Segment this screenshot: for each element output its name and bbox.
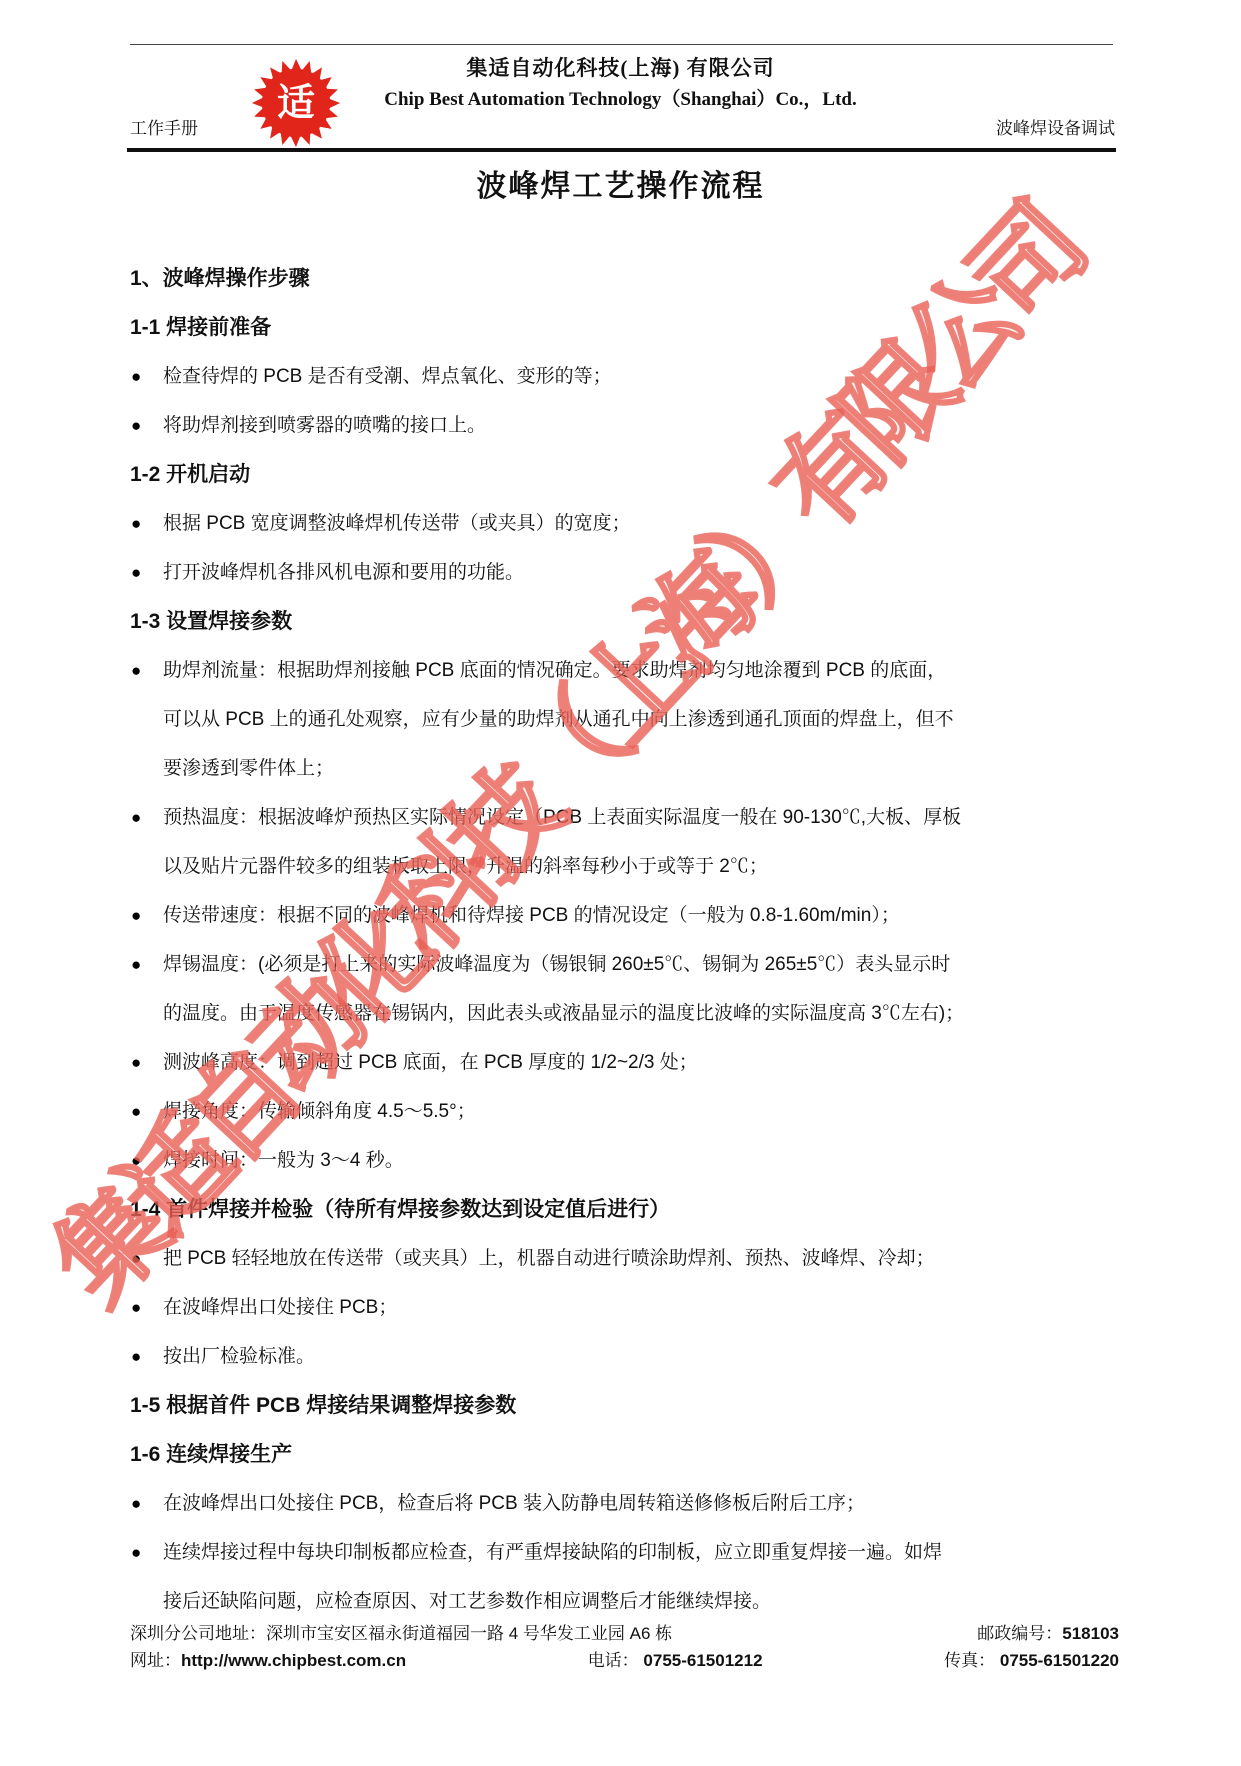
list-item: ● 传送带速度：根据不同的波峰焊机和待焊接 PCB 的情况设定（一般为 0.8-… xyxy=(130,891,1120,940)
list-item-continuation: 接后还缺陷问题，应检查原因、对工艺参数作相应调整后才能继续焊接。 xyxy=(130,1577,1120,1626)
bullet-icon: ● xyxy=(131,1479,141,1528)
website-value: http://www.chipbest.com.cn xyxy=(181,1651,406,1670)
bullet-icon: ● xyxy=(131,499,141,548)
list-item: ● 助焊剂流量：根据助焊剂接触 PCB 底面的情况确定。要求助焊剂均匀地涂覆到 … xyxy=(130,646,1120,695)
list-item-continuation: 可以从 PCB 上的通孔处观察，应有少量的助焊剂从通孔中向上渗透到通孔顶面的焊盘… xyxy=(130,695,1120,744)
list-item-text: 预热温度：根据波峰炉预热区实际情况设定（PCB 上表面实际温度一般在 90-13… xyxy=(163,807,961,828)
section-heading: 1、波峰焊操作步骤 xyxy=(130,254,1120,303)
document-body: 1、波峰焊操作步骤 1-1 焊接前准备 ● 检查待焊的 PCB 是否有受潮、焊点… xyxy=(130,254,1120,1626)
footer-phone: 电话： 0755-61501212 xyxy=(588,1647,763,1674)
list-item: ● 预热温度：根据波峰炉预热区实际情况设定（PCB 上表面实际温度一般在 90-… xyxy=(130,793,1120,842)
list-item: ● 测波峰高度：调到超过 PCB 底面，在 PCB 厚度的 1/2~2/3 处； xyxy=(130,1038,1120,1087)
document-page: 适 集适自动化科技(上海) 有限公司 Chip Best Automation … xyxy=(0,0,1241,1766)
list-item-text: 打开波峰焊机各排风机电源和要用的功能。 xyxy=(163,562,524,583)
bullet-icon: ● xyxy=(131,1136,141,1185)
bullet-icon: ● xyxy=(131,1332,141,1381)
bullet-icon: ● xyxy=(131,1528,141,1577)
list-item-continuation: 以及贴片元器件较多的组装板取上限，升温的斜率每秒小于或等于 2℃； xyxy=(130,842,1120,891)
list-item: ● 焊锡温度：(必须是打上来的实际波峰温度为（锡银铜 260±5℃、锡铜为 26… xyxy=(130,940,1120,989)
list-item-text: 根据 PCB 宽度调整波峰焊机传送带（或夹具）的宽度； xyxy=(163,513,631,534)
bullet-icon: ● xyxy=(131,1283,141,1332)
list-item: ● 打开波峰焊机各排风机电源和要用的功能。 xyxy=(130,548,1120,597)
page-title: 波峰焊工艺操作流程 xyxy=(0,161,1241,205)
footer-row-address: 深圳分公司地址：深圳市宝安区福永街道福园一路 4 号华发工业园 A6 栋 邮政编… xyxy=(130,1620,1119,1647)
list-item-text: 焊锡温度：(必须是打上来的实际波峰温度为（锡银铜 260±5℃、锡铜为 265±… xyxy=(163,954,950,975)
phone-label: 电话： xyxy=(588,1651,639,1670)
list-item-text: 在波峰焊出口处接住 PCB，检查后将 PCB 装入防静电周转箱送修修板后附后工序… xyxy=(163,1493,865,1514)
bullet-icon: ● xyxy=(131,548,141,597)
list-item: ● 根据 PCB 宽度调整波峰焊机传送带（或夹具）的宽度； xyxy=(130,499,1120,548)
bullet-icon: ● xyxy=(131,1234,141,1283)
header-top-divider xyxy=(130,44,1113,45)
footer-fax: 传真： 0755-61501220 xyxy=(944,1647,1119,1674)
address-label: 深圳分公司地址： xyxy=(130,1624,266,1643)
subsection-heading: 1-3 设置焊接参数 xyxy=(130,597,1120,646)
list-item-text: 焊接时间：一般为 3～4 秒。 xyxy=(163,1150,404,1171)
list-item-text: 焊接角度：传输倾斜角度 4.5～5.5°； xyxy=(163,1101,476,1122)
list-item-text: 连续焊接过程中每块印制板都应检查，有严重焊接缺陷的印制板，应立即重复焊接一遍。如… xyxy=(163,1542,942,1563)
footer-row-contact: 网址：http://www.chipbest.com.cn 电话： 0755-6… xyxy=(130,1647,1119,1674)
subsection-heading: 1-4 首件焊接并检验（待所有焊接参数达到设定值后进行） xyxy=(130,1185,1120,1234)
phone-value: 0755-61501212 xyxy=(643,1651,762,1670)
page-footer: 深圳分公司地址：深圳市宝安区福永街道福园一路 4 号华发工业园 A6 栋 邮政编… xyxy=(130,1620,1119,1674)
header-doc-subject: 波峰焊设备调试 xyxy=(996,114,1115,139)
address-value: 深圳市宝安区福永街道福园一路 4 号华发工业园 A6 栋 xyxy=(266,1624,672,1643)
bullet-icon: ● xyxy=(131,793,141,842)
list-item: ● 在波峰焊出口处接住 PCB； xyxy=(130,1283,1120,1332)
list-item-continuation: 要渗透到零件体上； xyxy=(130,744,1120,793)
header-doc-type: 工作手册 xyxy=(130,114,198,139)
header-divider xyxy=(127,148,1116,152)
postal-label: 邮政编号： xyxy=(977,1624,1062,1643)
bullet-icon: ● xyxy=(131,1038,141,1087)
postal-value: 518103 xyxy=(1062,1624,1119,1643)
footer-website: 网址：http://www.chipbest.com.cn xyxy=(130,1647,406,1674)
list-item-text: 检查待焊的 PCB 是否有受潮、焊点氧化、变形的等； xyxy=(163,366,612,387)
fax-label: 传真： xyxy=(944,1651,995,1670)
bullet-icon: ● xyxy=(131,891,141,940)
subsection-heading: 1-1 焊接前准备 xyxy=(130,303,1120,352)
list-item-text: 将助焊剂接到喷雾器的喷嘴的接口上。 xyxy=(163,415,486,436)
list-item: ● 将助焊剂接到喷雾器的喷嘴的接口上。 xyxy=(130,401,1120,450)
bullet-icon: ● xyxy=(131,940,141,989)
company-name-en: Chip Best Automation Technology（Shanghai… xyxy=(0,84,1241,111)
list-item-continuation: 的温度。由于温度传感器在锡锅内，因此表头或液晶显示的温度比波峰的实际温度高 3℃… xyxy=(130,989,1120,1038)
list-item-text: 把 PCB 轻轻地放在传送带（或夹具）上，机器自动进行喷涂助焊剂、预热、波峰焊、… xyxy=(163,1248,935,1269)
subsection-heading: 1-2 开机启动 xyxy=(130,450,1120,499)
footer-address: 深圳分公司地址：深圳市宝安区福永街道福园一路 4 号华发工业园 A6 栋 xyxy=(130,1620,672,1647)
list-item-text: 测波峰高度：调到超过 PCB 底面，在 PCB 厚度的 1/2~2/3 处； xyxy=(163,1052,698,1073)
list-item: ● 焊接角度：传输倾斜角度 4.5～5.5°； xyxy=(130,1087,1120,1136)
list-item-text: 传送带速度：根据不同的波峰焊机和待焊接 PCB 的情况设定（一般为 0.8-1.… xyxy=(163,905,900,926)
footer-postal: 邮政编号：518103 xyxy=(977,1620,1119,1647)
list-item: ● 按出厂检验标准。 xyxy=(130,1332,1120,1381)
bullet-icon: ● xyxy=(131,401,141,450)
list-item: ● 在波峰焊出口处接住 PCB，检查后将 PCB 装入防静电周转箱送修修板后附后… xyxy=(130,1479,1120,1528)
bullet-icon: ● xyxy=(131,646,141,695)
list-item: ● 连续焊接过程中每块印制板都应检查，有严重焊接缺陷的印制板，应立即重复焊接一遍… xyxy=(130,1528,1120,1577)
website-label: 网址： xyxy=(130,1651,181,1670)
bullet-icon: ● xyxy=(131,1087,141,1136)
bullet-icon: ● xyxy=(131,352,141,401)
list-item: ● 把 PCB 轻轻地放在传送带（或夹具）上，机器自动进行喷涂助焊剂、预热、波峰… xyxy=(130,1234,1120,1283)
fax-value: 0755-61501220 xyxy=(1000,1651,1119,1670)
company-name-cn: 集适自动化科技(上海) 有限公司 xyxy=(0,52,1241,82)
list-item: ● 焊接时间：一般为 3～4 秒。 xyxy=(130,1136,1120,1185)
subsection-heading: 1-5 根据首件 PCB 焊接结果调整焊接参数 xyxy=(130,1381,1120,1430)
list-item-text: 按出厂检验标准。 xyxy=(163,1346,315,1367)
list-item: ● 检查待焊的 PCB 是否有受潮、焊点氧化、变形的等； xyxy=(130,352,1120,401)
list-item-text: 在波峰焊出口处接住 PCB； xyxy=(163,1297,397,1318)
subsection-heading: 1-6 连续焊接生产 xyxy=(130,1430,1120,1479)
list-item-text: 助焊剂流量：根据助焊剂接触 PCB 底面的情况确定。要求助焊剂均匀地涂覆到 PC… xyxy=(163,660,946,681)
